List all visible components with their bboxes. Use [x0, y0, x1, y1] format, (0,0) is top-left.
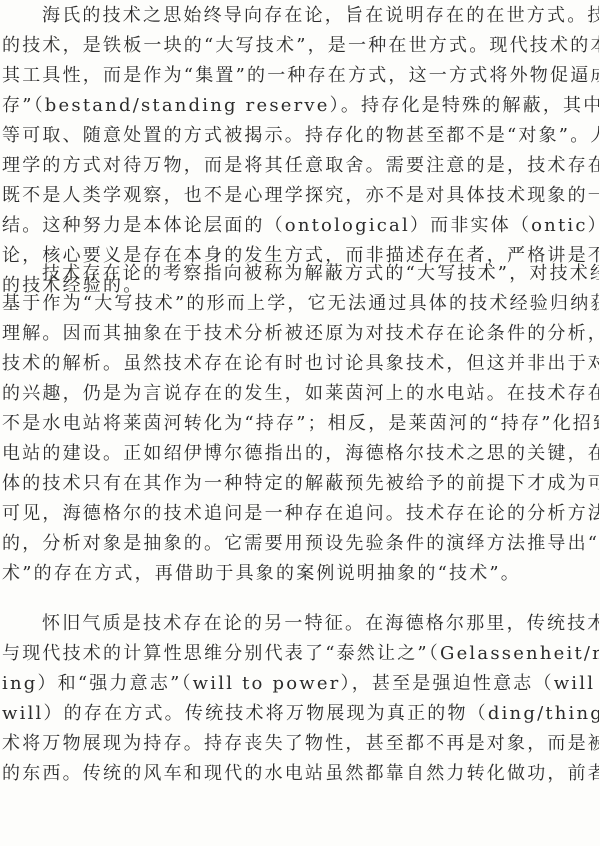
text-line: 既不是人类学观察，也不是心理学探究，亦不是对具体技术现象的一般性总 — [2, 181, 599, 211]
text-line: 存”（bestand/standing reserve）。持存化是特殊的解蔽，其… — [2, 91, 599, 121]
text-line: ing）和“强力意志”（will to power），甚至是强迫性意志（will… — [2, 669, 599, 699]
text-line: 的，分析对象是抽象的。它需要用预设先验条件的演绎方法推导出“大写技 — [2, 529, 599, 559]
text-line: 电站的建设。正如绍伊博尔德指出的，海德格尔技术之思的关键，在于说明具 — [2, 439, 599, 469]
text-line: 其工具性，而是作为“集置”的一种存在方式，这一方式将外物促逼成“持 — [2, 61, 599, 91]
text-line: 与现代技术的计算性思维分别代表了“泰然让之”（Gelassenheit/non … — [2, 639, 599, 669]
text-line: 怀旧气质是技术存在论的另一特征。在海德格尔那里，传统技术的存有之思 — [2, 609, 599, 639]
document-page: 海氏的技术之思始终导向存在论，旨在说明存在的在世方式。技术不是分殊 的技术，是铁… — [0, 0, 600, 846]
text-line: 等可取、随意处置的方式被揭示。持存化的物甚至都不是“对象”。人不以物 — [2, 121, 599, 151]
paragraph-3: 怀旧气质是技术存在论的另一特征。在海德格尔那里，传统技术的存有之思 与现代技术的… — [0, 609, 600, 789]
text-line: 体的技术只有在其作为一种特定的解蔽预先被给予的前提下才成为可能。由此 — [2, 469, 599, 499]
text-line: 基于作为“大写技术”的形而上学，它无法通过具体的技术经验归纳获得一种 — [2, 289, 599, 319]
text-line: 术将万物展现为持存。持存丧失了物性，甚至都不再是对象，而是被随意处置 — [2, 729, 599, 759]
text-line: 的东西。传统的风车和现代的水电站虽然都靠自然力转化做功，前者并没有改 — [2, 759, 599, 789]
text-line: 的兴趣，仍是为言说存在的发生，如莱茵河上的水电站。在技术存在论看来， — [2, 379, 599, 409]
text-line: 可见，海德格尔的技术追问是一种存在追问。技术存在论的分析方法是先验 — [2, 499, 599, 529]
text-line: 的技术，是铁板一块的“大写技术”，是一种在世方式。现代技术的本质不在 — [2, 31, 599, 61]
text-line: 海氏的技术之思始终导向存在论，旨在说明存在的在世方式。技术不是分殊 — [2, 1, 599, 31]
text-line: 不是水电站将莱茵河转化为“持存”；相反，是莱茵河的“持存”化招致了水 — [2, 409, 599, 439]
text-line: 术”的存在方式，再借助于具象的案例说明抽象的“技术”。 — [2, 559, 599, 589]
text-line: 技术存在论的考察指向被称为解蔽方式的“大写技术”，对技术经验的理解 — [2, 259, 599, 289]
text-line: 理解。因而其抽象在于技术分析被还原为对技术存在论条件的分析，而非具体 — [2, 319, 599, 349]
text-line: 理学的方式对待万物，而是将其任意取舍。需要注意的是，技术存在论的努力 — [2, 151, 599, 181]
paragraph-2: 技术存在论的考察指向被称为解蔽方式的“大写技术”，对技术经验的理解 基于作为“大… — [0, 259, 600, 589]
text-line: will）的存在方式。传统技术将万物展现为真正的物（ding/thing），现代… — [2, 699, 599, 729]
text-line: 技术的解析。虽然技术存在论有时也讨论具象技术，但这并非出于对具象技术 — [2, 349, 599, 379]
text-line: 结。这种努力是本体论层面的（ontological）而非实体（ontic）层面的… — [2, 211, 599, 241]
paragraph-1: 海氏的技术之思始终导向存在论，旨在说明存在的在世方式。技术不是分殊 的技术，是铁… — [0, 1, 600, 301]
